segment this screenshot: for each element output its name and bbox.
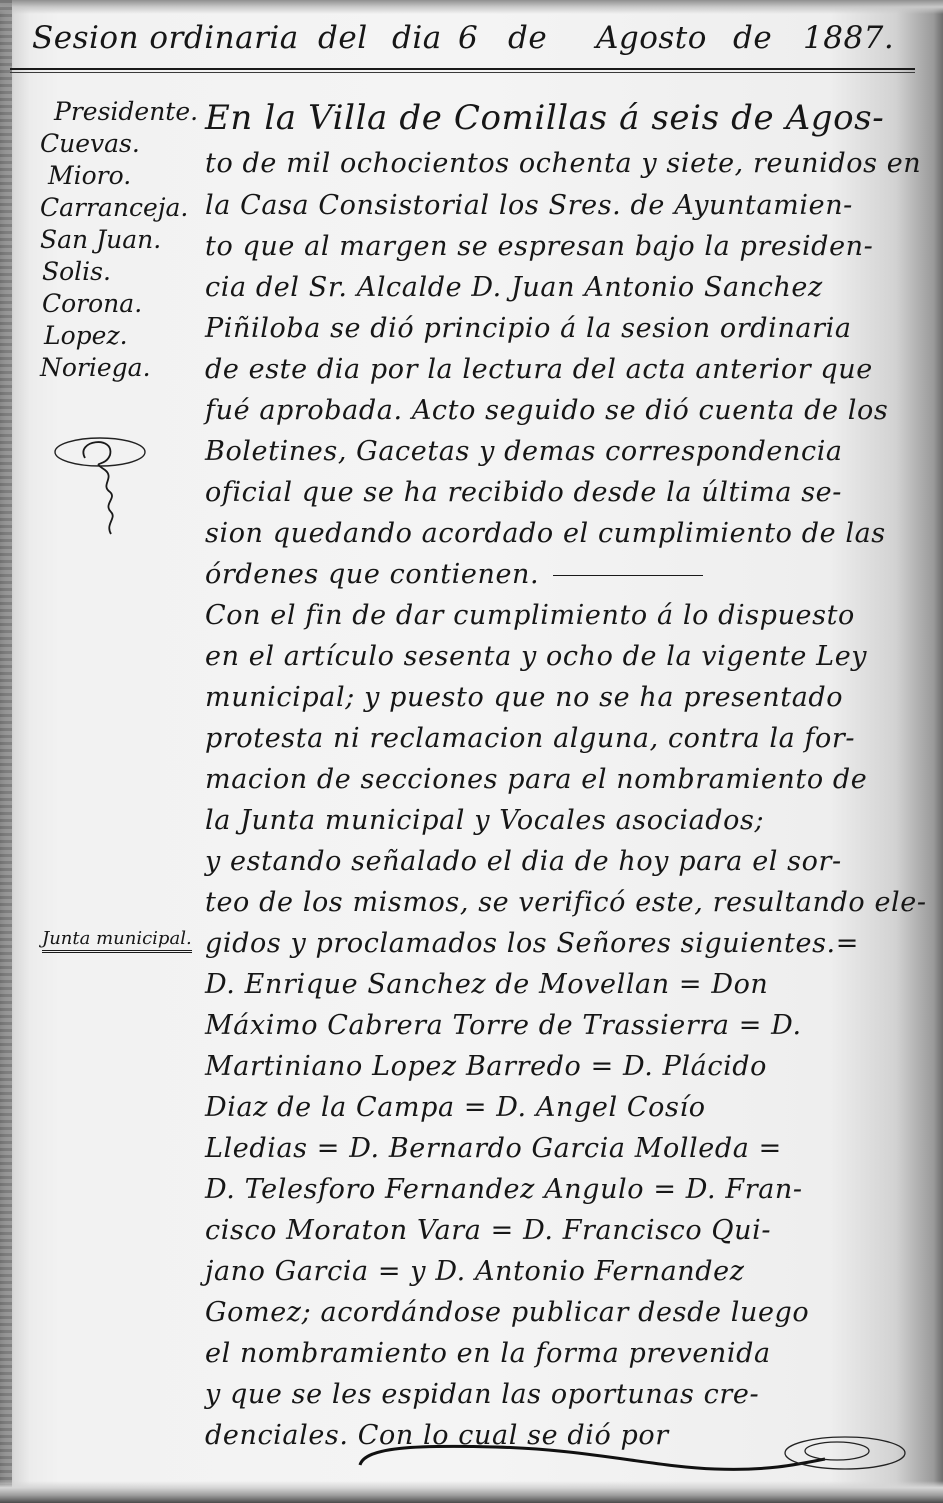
- text-line: sion quedando acordado el cumplimiento d…: [205, 518, 886, 549]
- text-line: la Junta municipal y Vocales asociados;: [205, 805, 764, 836]
- text-line: D. Enrique Sanchez de Movellan = Don: [205, 969, 768, 1000]
- text-line: y estando señalado el dia de hoy para el…: [205, 846, 842, 877]
- attendee-name: San Juan.: [40, 224, 210, 256]
- heading-month: Agosto: [596, 20, 707, 56]
- text-line: Martiniano Lopez Barredo = D. Plácido: [205, 1051, 767, 1082]
- text-line: fué aprobada. Acto seguido se dió cuenta…: [205, 395, 888, 426]
- text-line: el nombramiento en la forma prevenida: [205, 1338, 771, 1369]
- text-line: y que se les espidan las oportunas cre-: [205, 1379, 759, 1410]
- heading-session-type: Sesion ordinaria: [32, 20, 299, 56]
- text-line: Con el fin de dar cumplimiento á lo disp…: [205, 600, 855, 631]
- text-line: cia del Sr. Alcalde D. Juan Antonio Sanc…: [205, 272, 823, 303]
- text-line-with-rule: órdenes que contienen.: [205, 559, 703, 590]
- section-note-junta-municipal: Junta municipal.: [42, 928, 192, 953]
- text-line: Gomez; acordándose publicar desde luego: [205, 1297, 809, 1328]
- text-line: municipal; y puesto que no se ha present…: [205, 682, 843, 713]
- binding-edge: [0, 0, 12, 1503]
- text-line: Máximo Cabrera Torre de Trassierra = D.: [205, 1010, 802, 1041]
- text-line: teo de los mismos, se verificó este, res…: [205, 887, 927, 918]
- text-line: órdenes que contienen.: [205, 559, 539, 590]
- attendee-name: Carrancejа.: [40, 192, 210, 224]
- text-line: la Casa Consistorial los Sres. de Ayunta…: [205, 190, 853, 221]
- line-filler-rule: [553, 575, 703, 576]
- heading-del: del: [318, 20, 368, 56]
- heading-underline: [10, 68, 915, 73]
- text-line: en el artículo sesenta y ocho de la vige…: [205, 641, 867, 672]
- attendee-name: Cuevas.: [40, 128, 210, 160]
- text-line: gidos y proclamados los Señores siguient…: [205, 928, 859, 959]
- page-title: Sesion ordinaria del dia 6 de Agosto de …: [28, 20, 908, 64]
- attendee-name: Corona.: [42, 288, 210, 320]
- heading-year: 1887.: [803, 20, 894, 56]
- attendee-name: Solis.: [42, 256, 210, 288]
- heading-de-1: de: [508, 20, 547, 56]
- text-line: oficial que se ha recibido desde la últi…: [205, 477, 842, 508]
- heading-day: 6: [458, 20, 478, 56]
- heading-dia: dia: [392, 20, 442, 56]
- text-line: jano Garcia = y D. Antonio Fernandez: [205, 1256, 745, 1287]
- document-page: Sesion ordinaria del dia 6 de Agosto de …: [0, 0, 943, 1503]
- signature-flourish-icon: [45, 430, 165, 540]
- attendee-name: Noriega.: [40, 352, 210, 384]
- attendees-margin: Presidente. Cuevas. Mioro. Carrancejа. S…: [40, 96, 210, 384]
- text-line: Piñiloba se dió principio á la sesion or…: [205, 313, 852, 344]
- text-line: to que al margen se espresan bajo la pre…: [205, 231, 873, 262]
- text-line: protesta ni reclamacion alguna, contra l…: [205, 723, 855, 754]
- text-line: Boletines, Gacetas y demas correspondenc…: [205, 436, 843, 467]
- text-line: to de mil ochocientos ochenta y siete, r…: [205, 148, 921, 179]
- text-line: Lledias = D. Bernardo Garcia Molleda =: [205, 1133, 782, 1164]
- text-line: En la Villa de Comillas á seis de Agos-: [205, 98, 884, 138]
- attendee-name: Lopez.: [44, 320, 210, 352]
- attendee-name: Mioro.: [48, 160, 210, 192]
- text-line: macion de secciones para el nombramiento…: [205, 764, 867, 795]
- text-line: Diaz de la Campa = D. Angel Cosío: [205, 1092, 706, 1123]
- heading-de-2: de: [733, 20, 772, 56]
- text-line: cisco Moraton Vara = D. Francisco Qui-: [205, 1215, 771, 1246]
- text-line: de este dia por la lectura del acta ante…: [205, 354, 873, 385]
- attendees-title: Presidente.: [54, 96, 210, 128]
- closing-flourish-icon: [355, 1435, 915, 1485]
- text-line: D. Telesforo Fernandez Angulo = D. Fran-: [205, 1174, 803, 1205]
